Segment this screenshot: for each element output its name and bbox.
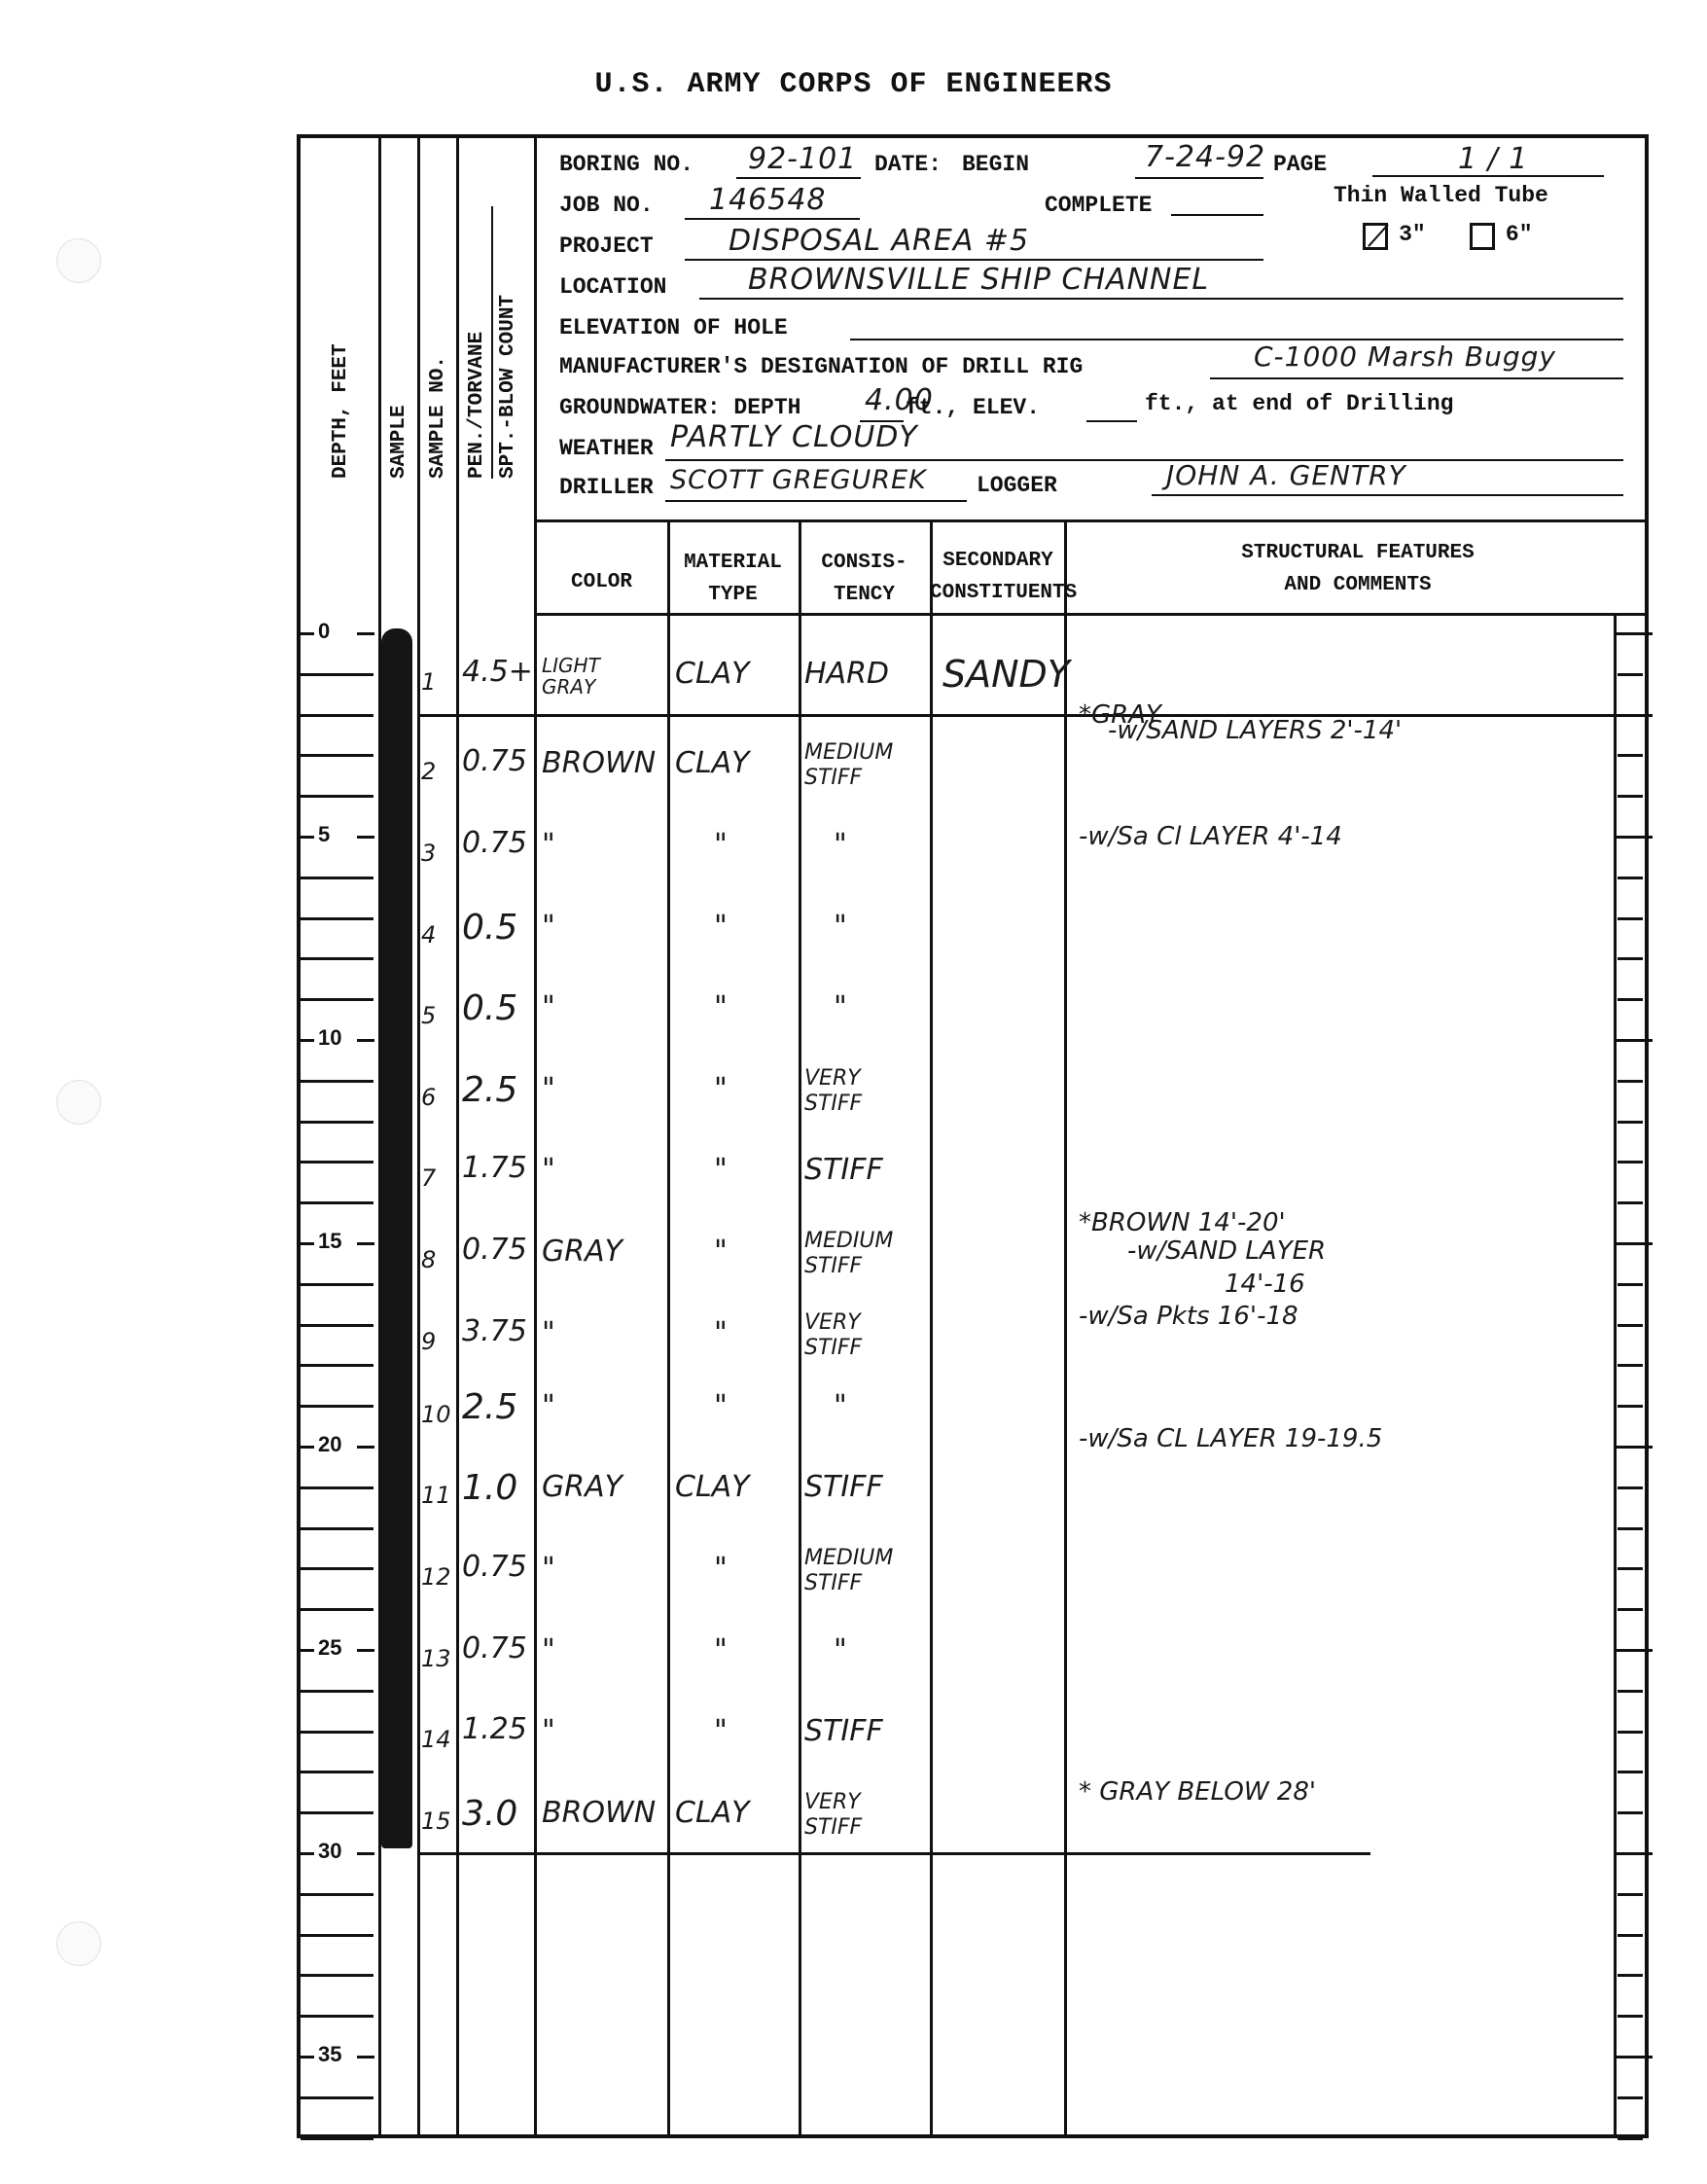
col-structural-header: STRUCTURAL FEATURES AND COMMENTS bbox=[1066, 537, 1650, 601]
sample-no: 10 bbox=[421, 1401, 451, 1428]
divider bbox=[1614, 613, 1617, 2134]
col-consistency-header: CONSIS- TENCY bbox=[799, 547, 930, 611]
depth-tick bbox=[301, 2137, 373, 2140]
sample-consistency: VERY STIFF bbox=[804, 1066, 921, 1117]
sample-pen: 0.5 bbox=[462, 988, 517, 1028]
sample-material: " bbox=[714, 1633, 728, 1667]
right-tick bbox=[1618, 754, 1643, 757]
right-tick bbox=[1618, 1161, 1643, 1164]
underline bbox=[665, 500, 967, 502]
depth-tick bbox=[301, 795, 373, 798]
col-material-line2: TYPE bbox=[667, 579, 799, 611]
comment-line: *BROWN 14'-20' bbox=[1079, 1208, 1286, 1237]
depth-tick bbox=[357, 1852, 374, 1855]
strata-break-line bbox=[417, 714, 1653, 717]
depth-tick bbox=[357, 836, 374, 839]
depth-tick bbox=[301, 2096, 373, 2099]
divider bbox=[534, 138, 537, 2134]
punch-hole bbox=[56, 238, 101, 283]
right-tick bbox=[1618, 673, 1643, 676]
tube-6in-checkbox[interactable] bbox=[1470, 223, 1495, 250]
col-color-header: COLOR bbox=[536, 566, 667, 598]
tube-3in-label: 3" bbox=[1399, 222, 1426, 247]
begin-date-value: 7-24-92 bbox=[1145, 140, 1265, 174]
project-label: PROJECT bbox=[559, 233, 654, 259]
depth-tick bbox=[301, 1974, 373, 1977]
right-tick bbox=[1618, 1811, 1643, 1814]
depth-tick bbox=[357, 1242, 374, 1245]
sample-material: CLAY bbox=[675, 1470, 750, 1504]
sample-consistency: STIFF bbox=[804, 1153, 883, 1187]
col-pen-torvane-header: PEN./TORVANE bbox=[466, 332, 488, 479]
depth-tick bbox=[301, 1893, 373, 1896]
underline bbox=[1372, 175, 1604, 177]
depth-tick bbox=[301, 1324, 373, 1327]
sample-material: " bbox=[714, 1072, 728, 1106]
depth-tick bbox=[301, 1405, 373, 1408]
punch-hole bbox=[56, 1921, 101, 1966]
driller-value: SCOTT GREGUREK bbox=[670, 465, 927, 495]
sample-material: " bbox=[714, 1389, 728, 1423]
sample-color: " bbox=[542, 990, 555, 1024]
depth-label: 10 bbox=[314, 1025, 345, 1051]
logger-label: LOGGER bbox=[977, 473, 1057, 498]
sample-no: 12 bbox=[421, 1563, 451, 1591]
right-tick bbox=[1618, 1201, 1643, 1204]
right-tick bbox=[1618, 1283, 1643, 1286]
depth-tick bbox=[301, 714, 373, 717]
comment-line: -w/SAND LAYER bbox=[1127, 1236, 1326, 1266]
right-tick bbox=[1618, 1080, 1643, 1083]
depth-tick bbox=[301, 1283, 373, 1286]
depth-tick bbox=[301, 673, 373, 676]
depth-tick bbox=[301, 877, 373, 879]
depth-tick bbox=[301, 1934, 373, 1937]
col-sample-no-header: SAMPLE NO. bbox=[427, 356, 449, 479]
sample-pen: 0.75 bbox=[462, 1550, 527, 1584]
page-value: 1 / 1 bbox=[1458, 142, 1528, 176]
sample-no: 4 bbox=[421, 921, 436, 949]
boring-no-value: 92-101 bbox=[748, 142, 857, 176]
sample-color: GRAY bbox=[542, 1235, 622, 1269]
divider bbox=[667, 519, 670, 2134]
document-title: U.S. ARMY CORPS OF ENGINEERS bbox=[0, 68, 1707, 101]
underline bbox=[736, 177, 861, 179]
comment-line: 14'-16 bbox=[1225, 1270, 1305, 1299]
depth-tick bbox=[301, 1690, 373, 1693]
sample-pen: 0.75 bbox=[462, 826, 527, 860]
sample-no: 9 bbox=[421, 1328, 436, 1355]
depth-tick bbox=[301, 754, 373, 757]
sample-color: " bbox=[542, 1316, 555, 1350]
tube-6in-label: 6" bbox=[1506, 222, 1533, 247]
right-tick bbox=[1618, 795, 1643, 798]
sample-color: " bbox=[542, 910, 555, 944]
sample-pen: 0.75 bbox=[462, 1233, 527, 1267]
tube-label: Thin Walled Tube bbox=[1334, 183, 1548, 208]
depth-tick bbox=[301, 1811, 373, 1814]
right-tick bbox=[1618, 917, 1643, 920]
sample-color: " bbox=[542, 1552, 555, 1586]
right-tick bbox=[1614, 1649, 1653, 1652]
depth-tick bbox=[357, 2056, 374, 2059]
comment-line: -w/SAND LAYERS 2'-14' bbox=[1108, 716, 1402, 745]
sample-secondary: SANDY bbox=[942, 653, 1070, 696]
sample-material: " bbox=[714, 1552, 728, 1586]
drill-rig-value: C-1000 Marsh Buggy bbox=[1254, 340, 1556, 373]
sample-interval-bar bbox=[381, 628, 412, 1848]
sample-consistency: STIFF bbox=[804, 1714, 883, 1748]
divider bbox=[799, 519, 801, 2134]
right-tick bbox=[1614, 1242, 1653, 1245]
right-tick bbox=[1618, 2015, 1643, 2018]
sample-no: 6 bbox=[421, 1084, 436, 1111]
date-label: DATE: bbox=[874, 152, 942, 177]
sample-consistency: MEDIUM STIFF bbox=[804, 740, 921, 791]
sample-consistency: VERY STIFF bbox=[804, 1310, 921, 1361]
sample-pen: 1.0 bbox=[462, 1468, 517, 1508]
comment-line: -w/Sa Pkts 16'-18 bbox=[1079, 1302, 1298, 1331]
sample-pen: 0.75 bbox=[462, 744, 527, 778]
sample-color: BROWN bbox=[542, 746, 656, 780]
col-consistency-line2: TENCY bbox=[799, 579, 930, 611]
depth-tick bbox=[357, 1649, 374, 1652]
divider bbox=[1064, 519, 1067, 2134]
depth-tick bbox=[301, 1527, 373, 1530]
tube-3in-checkbox[interactable] bbox=[1363, 223, 1388, 250]
col-secondary-line2: CONSTITUENTS bbox=[930, 577, 1066, 609]
right-tick bbox=[1618, 2096, 1643, 2099]
sample-consistency: " bbox=[834, 1389, 847, 1423]
sample-pen: 2.5 bbox=[462, 1387, 517, 1427]
elevation-label: ELEVATION OF HOLE bbox=[559, 315, 788, 340]
comment-line: -w/Sa CL LAYER 19-19.5 bbox=[1079, 1424, 1382, 1453]
right-tick bbox=[1618, 1527, 1643, 1530]
depth-tick bbox=[301, 1567, 373, 1570]
complete-label: COMPLETE bbox=[1045, 193, 1152, 218]
drill-rig-label: MANUFACTURER'S DESIGNATION OF DRILL RIG bbox=[559, 354, 1083, 379]
depth-label: 30 bbox=[314, 1839, 345, 1864]
sample-pen: 3.75 bbox=[462, 1314, 527, 1348]
right-tick bbox=[1618, 1608, 1643, 1611]
depth-tick bbox=[357, 1446, 374, 1449]
divider bbox=[930, 519, 933, 2134]
sample-material: " bbox=[714, 1153, 728, 1187]
underline bbox=[1086, 420, 1137, 422]
sample-no: 11 bbox=[421, 1482, 451, 1509]
right-tick bbox=[1618, 1690, 1643, 1693]
depth-label: 15 bbox=[314, 1229, 345, 1254]
sample-no: 8 bbox=[421, 1246, 436, 1273]
sample-no: 3 bbox=[421, 840, 436, 867]
col-material-type-header: MATERIAL TYPE bbox=[667, 547, 799, 611]
right-tick bbox=[1618, 1567, 1643, 1570]
project-value: DISPOSAL AREA #5 bbox=[729, 224, 1029, 258]
sample-color: " bbox=[542, 1714, 555, 1748]
sample-material: " bbox=[714, 990, 728, 1024]
col-structural-line1: STRUCTURAL FEATURES bbox=[1066, 537, 1650, 569]
col-sample-header: SAMPLE bbox=[388, 405, 410, 479]
sample-consistency: " bbox=[834, 990, 847, 1024]
sample-consistency: " bbox=[834, 1633, 847, 1667]
depth-label: 5 bbox=[314, 822, 334, 847]
depth-tick bbox=[301, 917, 373, 920]
depth-label: 0 bbox=[314, 619, 334, 644]
right-tick bbox=[1618, 1731, 1643, 1734]
sample-color: " bbox=[542, 1072, 555, 1106]
right-tick bbox=[1614, 836, 1653, 839]
underline bbox=[1152, 494, 1623, 496]
underline bbox=[1210, 377, 1623, 379]
sample-material: " bbox=[714, 1235, 728, 1269]
right-tick bbox=[1618, 1486, 1643, 1489]
sample-no: 13 bbox=[421, 1645, 451, 1672]
right-tick bbox=[1618, 1974, 1643, 1977]
divider bbox=[534, 519, 1645, 522]
right-tick bbox=[1614, 1852, 1653, 1855]
right-tick bbox=[1618, 1934, 1643, 1937]
col-secondary-header: SECONDARY CONSTITUENTS bbox=[930, 545, 1066, 609]
right-tick bbox=[1618, 1893, 1643, 1896]
sample-consistency: MEDIUM STIFF bbox=[804, 1229, 921, 1279]
sample-color: " bbox=[542, 828, 555, 862]
sample-no: 1 bbox=[421, 668, 436, 696]
depth-tick bbox=[301, 1121, 373, 1124]
depth-tick bbox=[301, 1201, 373, 1204]
weather-value: PARTLY CLOUDY bbox=[670, 420, 918, 454]
sample-material: " bbox=[714, 1714, 728, 1748]
location-value: BROWNSVILLE SHIP CHANNEL bbox=[748, 263, 1209, 297]
boring-log-sheet: DEPTH, FEET SAMPLE SAMPLE NO. PEN./TORVA… bbox=[297, 134, 1649, 2138]
depth-tick bbox=[301, 1080, 373, 1083]
boring-no-label: BORING NO. bbox=[559, 152, 693, 177]
sample-consistency: MEDIUM STIFF bbox=[804, 1546, 921, 1596]
sample-consistency: VERY STIFF bbox=[804, 1790, 921, 1841]
sample-pen: 2.5 bbox=[462, 1070, 517, 1110]
sample-color: " bbox=[542, 1633, 555, 1667]
depth-tick bbox=[301, 1161, 373, 1164]
depth-tick bbox=[301, 998, 373, 1001]
divider bbox=[491, 206, 493, 479]
divider bbox=[534, 613, 1645, 616]
right-tick bbox=[1618, 1324, 1643, 1327]
divider bbox=[456, 138, 459, 2134]
sample-color: BROWN bbox=[542, 1796, 656, 1830]
right-tick bbox=[1618, 877, 1643, 879]
weather-label: WEATHER bbox=[559, 436, 654, 461]
end-of-drilling-label: ft., at end of Drilling bbox=[1145, 391, 1453, 416]
begin-label: BEGIN bbox=[962, 152, 1029, 177]
divider bbox=[417, 138, 420, 2134]
ft-elev-label: ft., ELEV. bbox=[906, 395, 1040, 420]
col-structural-line2: AND COMMENTS bbox=[1066, 569, 1650, 601]
depth-tick bbox=[301, 1771, 373, 1773]
sample-no: 15 bbox=[421, 1808, 451, 1835]
right-tick bbox=[1618, 998, 1643, 1001]
underline bbox=[665, 459, 1623, 461]
sample-color: LIGHT GRAY bbox=[542, 655, 649, 698]
col-secondary-line1: SECONDARY bbox=[930, 545, 1066, 577]
sample-consistency: " bbox=[834, 828, 847, 862]
sample-pen: 0.5 bbox=[462, 908, 517, 948]
col-depth-header: DEPTH, FEET bbox=[330, 343, 352, 479]
right-tick bbox=[1614, 2056, 1653, 2059]
depth-tick bbox=[301, 1486, 373, 1489]
depth-label: 25 bbox=[314, 1635, 345, 1661]
sample-color: " bbox=[542, 1153, 555, 1187]
driller-label: DRILLER bbox=[559, 475, 654, 500]
depth-tick bbox=[357, 632, 374, 635]
col-spt-header: SPT.-BLOW COUNT bbox=[497, 295, 519, 479]
location-label: LOCATION bbox=[559, 274, 666, 300]
right-tick bbox=[1618, 2137, 1643, 2140]
sample-no: 14 bbox=[421, 1726, 451, 1753]
depth-tick bbox=[357, 1039, 374, 1042]
groundwater-label: GROUNDWATER: DEPTH bbox=[559, 395, 800, 420]
sample-pen: 0.75 bbox=[462, 1631, 527, 1665]
right-tick bbox=[1618, 1364, 1643, 1367]
comment-line: -w/Sa Cl LAYER 4'-14 bbox=[1079, 822, 1342, 851]
underline bbox=[1171, 214, 1263, 216]
logger-value: JOHN A. GENTRY bbox=[1166, 459, 1406, 491]
sample-consistency: HARD bbox=[804, 657, 889, 691]
sample-material: CLAY bbox=[675, 746, 750, 780]
col-consistency-line1: CONSIS- bbox=[799, 547, 930, 579]
sample-pen: 1.25 bbox=[462, 1712, 527, 1746]
sample-pen: 3.0 bbox=[462, 1794, 517, 1834]
sample-consistency: STIFF bbox=[804, 1470, 883, 1504]
sample-no: 5 bbox=[421, 1002, 436, 1029]
depth-label: 20 bbox=[314, 1432, 345, 1457]
comment-line: * GRAY BELOW 28' bbox=[1079, 1777, 1316, 1807]
sample-pen: 4.5+ bbox=[462, 655, 533, 689]
right-tick bbox=[1618, 1121, 1643, 1124]
depth-label: 35 bbox=[314, 2042, 345, 2067]
right-tick bbox=[1614, 632, 1653, 635]
right-tick bbox=[1614, 1446, 1653, 1449]
underline bbox=[1135, 177, 1263, 179]
sample-color: GRAY bbox=[542, 1470, 622, 1504]
right-tick bbox=[1618, 1771, 1643, 1773]
strata-break-line bbox=[417, 1852, 1370, 1855]
sample-no: 7 bbox=[421, 1164, 436, 1192]
job-no-value: 146548 bbox=[709, 183, 827, 217]
right-tick bbox=[1614, 1039, 1653, 1042]
sample-no: 2 bbox=[421, 758, 436, 785]
depth-tick bbox=[301, 957, 373, 960]
punch-hole bbox=[56, 1080, 101, 1125]
depth-tick bbox=[301, 1364, 373, 1367]
sample-material: CLAY bbox=[675, 657, 750, 691]
underline bbox=[685, 218, 860, 220]
depth-tick bbox=[301, 2015, 373, 2018]
underline bbox=[685, 259, 1263, 261]
sample-material: CLAY bbox=[675, 1796, 750, 1830]
job-no-label: JOB NO. bbox=[559, 193, 654, 218]
sample-material: " bbox=[714, 828, 728, 862]
depth-tick bbox=[301, 1731, 373, 1734]
depth-tick bbox=[301, 1608, 373, 1611]
sample-material: " bbox=[714, 1316, 728, 1350]
col-material-line1: MATERIAL bbox=[667, 547, 799, 579]
sample-consistency: " bbox=[834, 910, 847, 944]
right-tick bbox=[1618, 957, 1643, 960]
tube-size-group: 3" 6" bbox=[1363, 222, 1533, 250]
page-label: PAGE bbox=[1273, 152, 1327, 177]
right-tick bbox=[1618, 1405, 1643, 1408]
sample-color: " bbox=[542, 1389, 555, 1423]
sample-material: " bbox=[714, 910, 728, 944]
sample-pen: 1.75 bbox=[462, 1151, 527, 1185]
underline bbox=[699, 298, 1623, 300]
